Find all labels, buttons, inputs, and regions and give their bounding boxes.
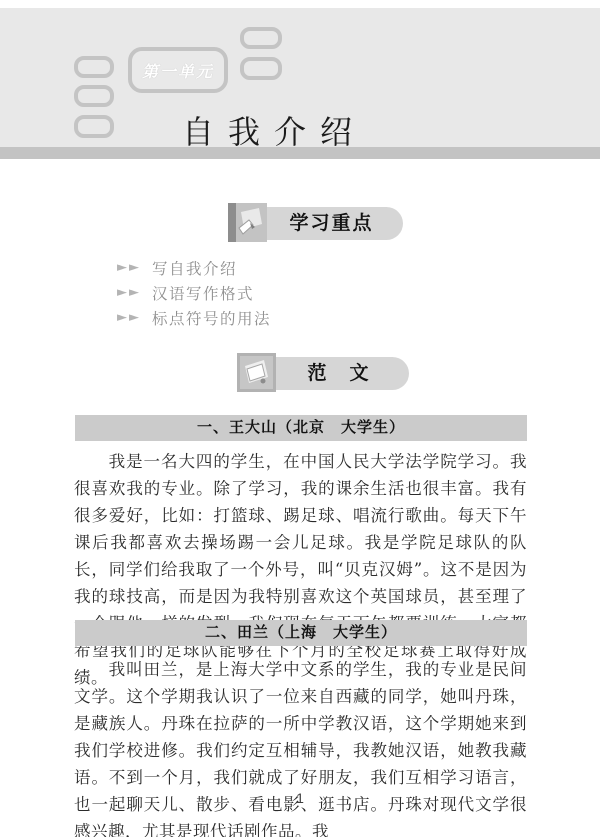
- decorative-box: [240, 57, 282, 80]
- unit-badge: 第一单元: [128, 47, 228, 93]
- decorative-box: [74, 115, 114, 138]
- header-strip: [0, 147, 600, 159]
- essay-heading: 一、王大山（北京 大学生）: [75, 415, 527, 441]
- list-item: ►► 写自我介绍: [117, 255, 271, 280]
- list-item: ►► 标点符号的用法: [117, 305, 271, 330]
- page-header: 第一单元 自我介绍: [0, 8, 600, 147]
- list-item-label: 标点符号的用法: [152, 307, 271, 329]
- decorative-box: [74, 85, 114, 107]
- study-focus-list: ►► 写自我介绍 ►► 汉语写作格式 ►► 标点符号的用法: [117, 255, 271, 330]
- list-item-label: 汉语写作格式: [152, 282, 254, 304]
- double-arrow-icon: ►►: [117, 311, 141, 324]
- book-icon: [237, 353, 276, 392]
- decorative-box: [74, 56, 114, 78]
- double-arrow-icon: ►►: [117, 261, 141, 274]
- textbook-page: 第一单元 自我介绍 学习重点 ►► 写自我介绍 ►► 汉语写作格式: [0, 0, 600, 837]
- decorative-box: [240, 27, 282, 49]
- list-item: ►► 汉语写作格式: [117, 280, 271, 305]
- page-number: 1: [0, 790, 600, 806]
- essay-heading: 二、田兰（上海 大学生）: [75, 620, 527, 646]
- double-arrow-icon: ►►: [117, 286, 141, 299]
- unit-badge-label: 第一单元: [142, 59, 214, 82]
- list-item-label: 写自我介绍: [152, 257, 237, 279]
- essay-body: 我是一名大四的学生，在中国人民大学法学院学习。我很喜欢我的专业。除了学习，我的课…: [74, 448, 527, 691]
- pen-paper-icon: [228, 203, 267, 242]
- essay-body: 我叫田兰，是上海大学中文系的学生，我的专业是民间文学。这个学期我认识了一位来自西…: [74, 656, 527, 837]
